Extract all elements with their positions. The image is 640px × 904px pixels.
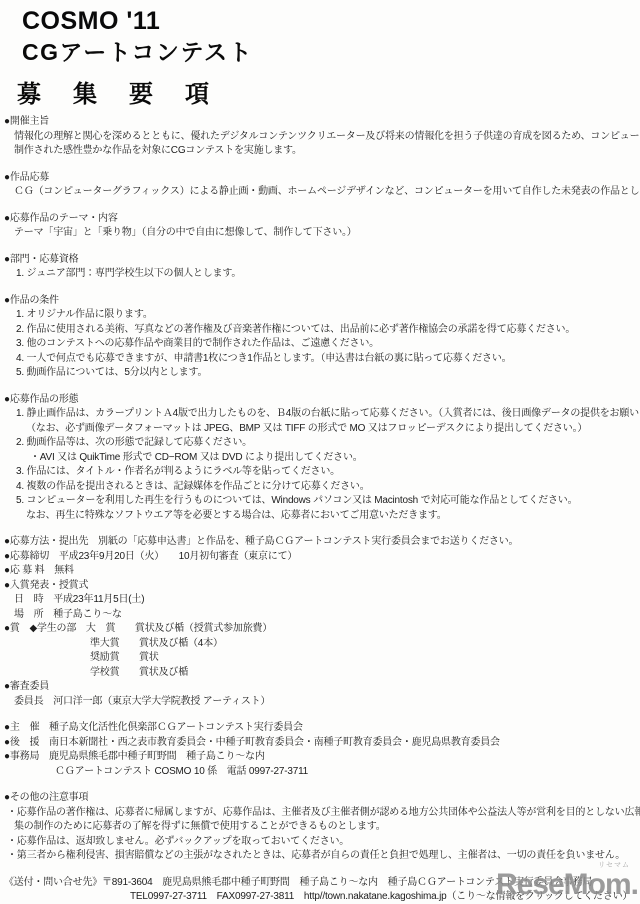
- doc-line: 5. コンピューターを利用した再生を行うものについては、Windows パソコン…: [0, 494, 640, 509]
- doc-line: ●開催主旨: [0, 115, 640, 130]
- doc-line: ●主 催 種子島文化活性化倶楽部ＣＧアートコンテスト実行委員会: [0, 721, 640, 736]
- doc-line: 集の制作のために応募者の了解を得ずに無償で使用することができるものとします。: [0, 820, 640, 835]
- doc-line: ●応募締切 平成23年9月20日（火） 10月初旬審査（東京にて）: [0, 550, 640, 565]
- doc-line: 1. 静止画作品は、カラープリントＡ4版で出力したものを、Ｂ4版の台紙に貼って応…: [0, 407, 640, 422]
- section-theme-naiyou: ●応募作品のテーマ・内容テーマ「宇宙」と「乗り物」（自分の中で自由に想像して、制…: [0, 212, 640, 241]
- doc-line: ●作品の条件: [0, 294, 640, 309]
- doc-line: 日 時 平成23年11月5日(土): [0, 593, 640, 608]
- doc-line: テーマ「宇宙」と「乗り物」（自分の中で自由に想像して、制作して下さい。）: [0, 226, 640, 241]
- section-shusai-kouen-jimukyoku: ●主 催 種子島文化活性化倶楽部ＣＧアートコンテスト実行委員会●後 援 南日本新…: [0, 721, 640, 779]
- doc-line: 2. 作品に使用される美術、写真などの著作権及び音楽著作権については、出品前に必…: [0, 323, 640, 338]
- section-footer-contact: 《送付・問い合せ先》〒891-3604 鹿児島県熊毛郡中種子町野間 種子島こり〜…: [0, 876, 640, 904]
- doc-line: ●作品応募: [0, 171, 640, 186]
- doc-line: ●応募作品の形態: [0, 393, 640, 408]
- doc-line: ●賞 ◆学生の部 大 賞 賞状及び楯（授賞式参加旅費）: [0, 622, 640, 637]
- doc-line: 1. ジュニア部門：専門学校生以下の個人とします。: [0, 267, 640, 282]
- doc-line: ＣＧアートコンテスト COSMO 10 係 電話 0997-27-3711: [0, 765, 640, 780]
- doc-line: 奨励賞 賞状: [0, 651, 640, 666]
- section-sakuhin-oubo: ●作品応募ＣＧ（コンピューターグラフィックス）による静止画・動画、ホームページデ…: [0, 171, 640, 200]
- doc-line: 4. 複数の作品を提出されるときは、記録媒体を作品ごとに分けて応募ください。: [0, 480, 640, 495]
- doc-line: ●後 援 南日本新聞社・西之表市教育委員会・中種子町教育委員会・南種子町教育委員…: [0, 736, 640, 751]
- doc-line: ●応募方法・提出先 別紙の「応募申込書」と作品を、種子島ＣＧアートコンテスト実行…: [0, 535, 640, 550]
- doc-line: ●事務局 鹿児島県熊毛郡中種子町野間 種子島こり〜な内: [0, 750, 640, 765]
- doc-line: TEL0997-27-3711 FAX0997-27-3811 http//to…: [0, 890, 640, 904]
- doc-line: 1. オリジナル作品に限ります。: [0, 308, 640, 323]
- section-bumon-shikaku: ●部門・応募資格1. ジュニア部門：専門学校生以下の個人とします。: [0, 253, 640, 282]
- doc-line: 準大賞 賞状及び楯（4本）: [0, 637, 640, 652]
- doc-line: ●応募作品のテーマ・内容: [0, 212, 640, 227]
- doc-line: 5. 動画作品については、5分以内とします。: [0, 366, 640, 381]
- section-kaisai-shushi: ●開催主旨情報化の理解と関心を深めるとともに、優れたデジタルコンテンツクリエータ…: [0, 115, 640, 159]
- contest-title-line1: COSMO '11: [22, 8, 640, 34]
- section-sakuhin-jouken: ●作品の条件1. オリジナル作品に限ります。2. 作品に使用される美術、写真など…: [0, 294, 640, 381]
- doc-line: ・第三者から権利侵害、損害賠償などの主張がなされたときは、応募者が自らの責任と負…: [0, 849, 640, 864]
- doc-line: ●入賞発表・授賞式: [0, 579, 640, 594]
- doc-line: 制作された感性豊かな作品を対象にCGコンテストを実施します。: [0, 144, 640, 159]
- doc-line: 3. 作品には、タイトル・作者名が判るようにラベル等を貼ってください。: [0, 465, 640, 480]
- doc-line: 場 所 種子島こり〜な: [0, 608, 640, 623]
- scanned-document-page: COSMO '11 CGアートコンテスト 募 集 要 項 ●開催主旨情報化の理解…: [0, 0, 640, 904]
- doc-line: ●審査委員: [0, 680, 640, 695]
- section-oubo-keitai: ●応募作品の形態1. 静止画作品は、カラープリントＡ4版で出力したものを、Ｂ4版…: [0, 393, 640, 524]
- doc-line: 2. 動画作品等は、次の形態で記録して応募ください。: [0, 436, 640, 451]
- doc-line: ・応募作品は、返却致しません。必ずバックアップを取っておいてください。: [0, 835, 640, 850]
- doc-line: ●部門・応募資格: [0, 253, 640, 268]
- doc-line: ●その他の注意事項: [0, 791, 640, 806]
- doc-line: 《送付・問い合せ先》〒891-3604 鹿児島県熊毛郡中種子町野間 種子島こり〜…: [0, 876, 640, 891]
- doc-line: （なお、必ず画像データフォーマットは JPEG、BMP 又は TIFF の形式で…: [0, 422, 640, 437]
- doc-line: 委員長 河口洋一郎（東京大学大学院教授 アーティスト）: [0, 695, 640, 710]
- doc-line: ●応 募 料 無料: [0, 564, 640, 579]
- doc-line: なお、再生に特殊なソフトウエア等を必要とする場合は、応募者においてご用意いただき…: [0, 509, 640, 524]
- section-sonota-chuui: ●その他の注意事項・応募作品の著作権は、応募者に帰属しますが、応募作品は、主催者…: [0, 791, 640, 864]
- doc-line: ・AVI 又は QuikTime 形式で CD−ROM 又は DVD により提出…: [0, 451, 640, 466]
- document-title: 募 集 要 項: [17, 82, 640, 108]
- document-body: ●開催主旨情報化の理解と関心を深めるとともに、優れたデジタルコンテンツクリエータ…: [0, 115, 640, 904]
- section-oubo-houhou-shou-shinsa: ●応募方法・提出先 別紙の「応募申込書」と作品を、種子島ＣＧアートコンテスト実行…: [0, 535, 640, 709]
- doc-line: 3. 他のコンテストへの応募作品や商業目的で制作された作品は、ご遠慮ください。: [0, 337, 640, 352]
- doc-line: ＣＧ（コンピューターグラフィックス）による静止画・動画、ホームページデザインなど…: [0, 185, 640, 200]
- doc-line: ・応募作品の著作権は、応募者に帰属しますが、応募作品は、主催者及び主催者側が認め…: [0, 806, 640, 821]
- doc-line: 情報化の理解と関心を深めるとともに、優れたデジタルコンテンツクリエーター及び将来…: [0, 130, 640, 145]
- doc-line: 学校賞 賞状及び楯: [0, 666, 640, 681]
- document-header: COSMO '11 CGアートコンテスト 募 集 要 項: [0, 0, 640, 108]
- contest-title-line2: CGアートコンテスト: [22, 39, 640, 65]
- doc-line: 4. 一人で何点でも応募できますが、申請書1枚につき1作品とします。（申込書は台…: [0, 352, 640, 367]
